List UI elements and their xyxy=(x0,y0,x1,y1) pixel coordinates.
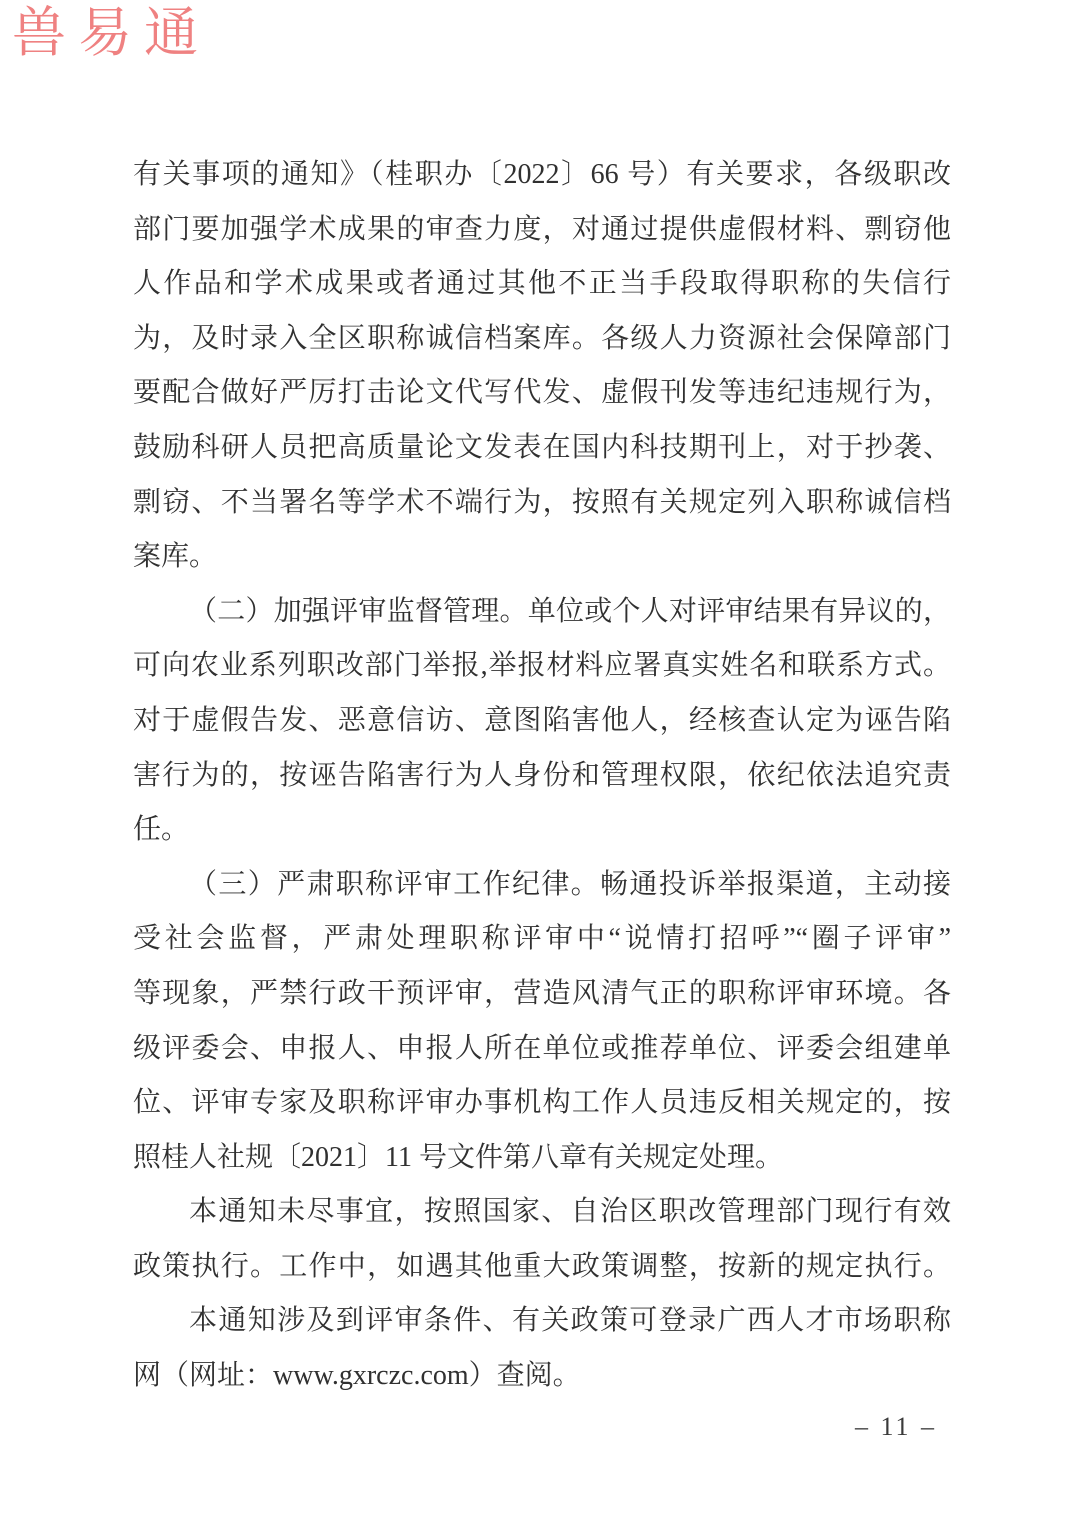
text-line: 对于虚假告发、恶意信访、意图陷害他人，经核查认定为诬告陷 xyxy=(133,694,951,749)
text-line: 照桂人社规〔2021〕11 号文件第八章有关规定处理。 xyxy=(133,1131,951,1186)
text-line: 有关事项的通知》（桂职办〔2022〕66 号）有关要求，各级职改 xyxy=(133,148,951,203)
text-line: 可向农业系列职改部门举报,举报材料应署真实姓名和联系方式。 xyxy=(133,639,951,694)
document-body: 有关事项的通知》（桂职办〔2022〕66 号）有关要求，各级职改 部门要加强学术… xyxy=(133,148,951,1404)
text-line: 政策执行。工作中，如遇其他重大政策调整，按新的规定执行。 xyxy=(133,1240,951,1295)
watermark-text: 兽易通 xyxy=(12,2,210,64)
text-line: 等现象，严禁行政干预评审，营造风清气正的职称评审环境。各 xyxy=(133,967,951,1022)
text-line: 任。 xyxy=(133,803,951,858)
text-line: 剽窃、不当署名等学术不端行为，按照有关规定列入职称诚信档 xyxy=(133,476,951,531)
text-line: 级评委会、申报人、申报人所在单位或推荐单位、评委会组建单 xyxy=(133,1022,951,1077)
text-line: （三）严肃职称评审工作纪律。畅通投诉举报渠道，主动接 xyxy=(133,858,951,913)
text-line: 案库。 xyxy=(133,530,951,585)
text-line: 部门要加强学术成果的审查力度，对通过提供虚假材料、剽窃他 xyxy=(133,203,951,258)
text-line: 位、评审专家及职称评审办事机构工作人员违反相关规定的，按 xyxy=(133,1076,951,1131)
text-line: 要配合做好严厉打击论文代写代发、虚假刊发等违纪违规行为， xyxy=(133,366,951,421)
page-number: – 11 – xyxy=(855,1412,937,1441)
text-line: 网（网址：www.gxrczc.com）查阅。 xyxy=(133,1349,951,1404)
text-line: 受社会监督，严肃处理职称评审中“说情打招呼”“圈子评审” xyxy=(133,912,951,967)
text-line: 为，及时录入全区职称诚信档案库。各级人力资源社会保障部门 xyxy=(133,312,951,367)
text-line: （二）加强评审监督管理。单位或个人对评审结果有异议的， xyxy=(133,585,951,640)
text-line: 本通知未尽事宜，按照国家、自治区职改管理部门现行有效 xyxy=(133,1185,951,1240)
text-line: 鼓励科研人员把高质量论文发表在国内科技期刊上，对于抄袭、 xyxy=(133,421,951,476)
text-line: 本通知涉及到评审条件、有关政策可登录广西人才市场职称 xyxy=(133,1294,951,1349)
text-line: 人作品和学术成果或者通过其他不正当手段取得职称的失信行 xyxy=(133,257,951,312)
text-line: 害行为的，按诬告陷害行为人身份和管理权限，依纪依法追究责 xyxy=(133,749,951,804)
document-page: 兽易通 有关事项的通知》（桂职办〔2022〕66 号）有关要求，各级职改 部门要… xyxy=(0,0,1074,1518)
page-footer: – 11 – xyxy=(133,1410,951,1444)
